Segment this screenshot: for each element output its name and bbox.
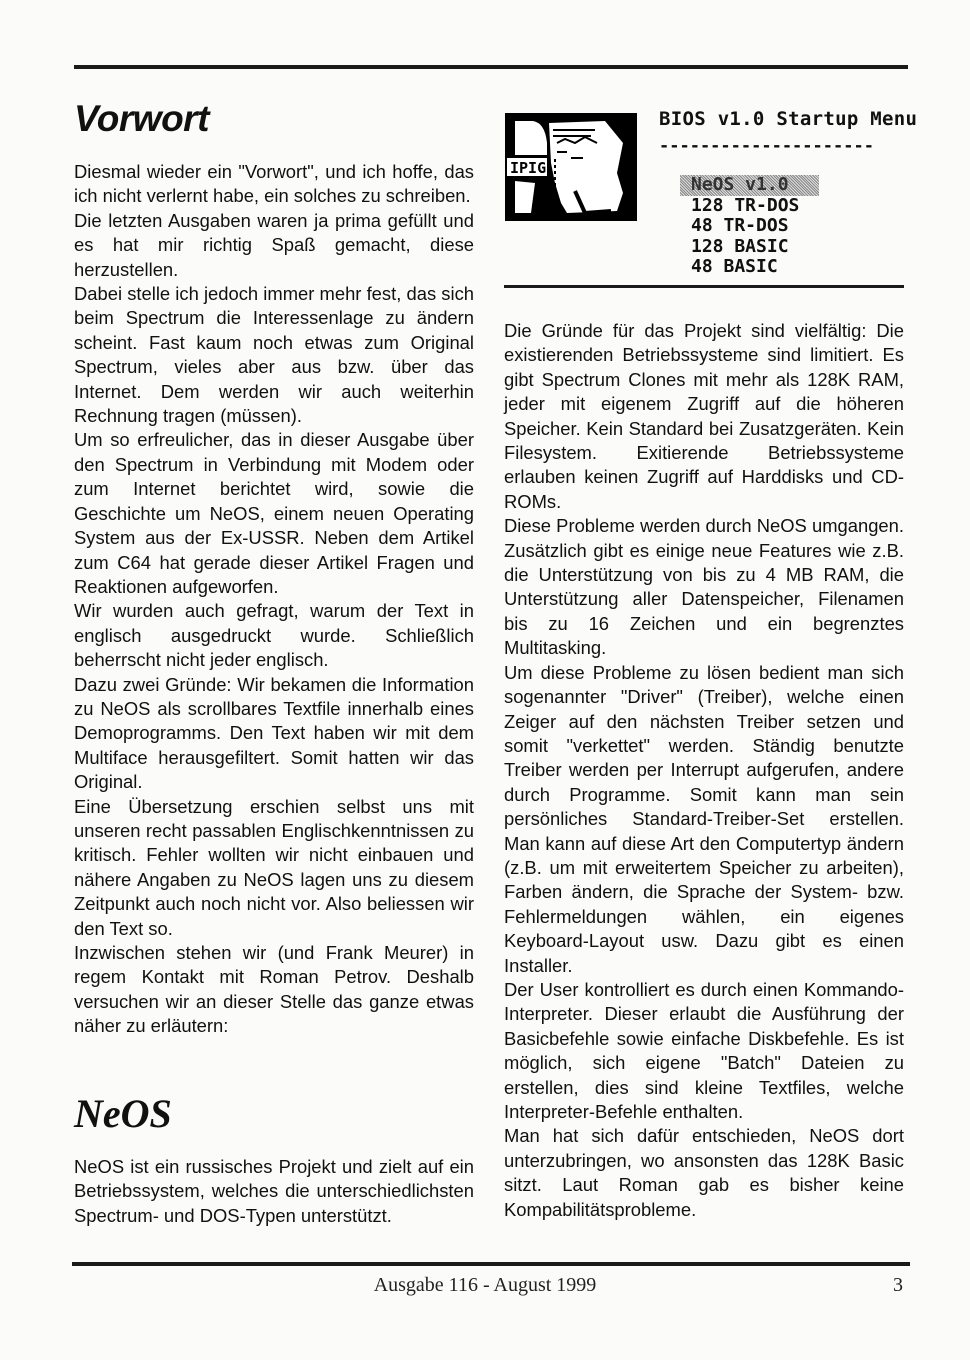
paragraph: Diesmal wieder ein "Vorwort", und ich ho… xyxy=(74,160,474,209)
figure-divider xyxy=(504,285,904,288)
paragraph: Die Gründe für das Projekt sind vielfält… xyxy=(504,319,904,514)
section-title-neos: NeOS xyxy=(74,1090,172,1137)
paragraph: Dazu zwei Gründe: Wir bekamen die Inform… xyxy=(74,673,474,795)
paragraph: NeOS ist ein russisches Projekt und ziel… xyxy=(74,1155,474,1228)
bios-logo-icon: IPIG xyxy=(505,113,637,221)
page-title: Vorwort xyxy=(74,98,209,140)
paragraph: Diese Probleme werden durch NeOS umgange… xyxy=(504,514,904,660)
paragraph: Dabei stelle ich jedoch immer mehr fest,… xyxy=(74,282,474,428)
bios-menu-item-neos: NeOS v1.0 xyxy=(680,175,819,196)
paragraph: Man hat sich dafür entschieden, NeOS dor… xyxy=(504,1124,904,1222)
top-rule xyxy=(74,65,908,69)
svg-text:IPIG: IPIG xyxy=(510,159,546,177)
paragraph: Der User kontrolliert es durch einen Kom… xyxy=(504,978,904,1124)
bios-menu-item-48-trdos: 48 TR-DOS xyxy=(680,216,819,237)
paragraph: Eine Übersetzung erschien selbst uns mit… xyxy=(74,795,474,941)
bios-title-underline: --------------------- xyxy=(659,136,874,156)
footer-issue: Ausgabe 116 - August 1999 xyxy=(0,1274,970,1297)
paragraph: Wir wurden auch gefragt, warum der Text … xyxy=(74,599,474,672)
paragraph: Die letzten Ausgaben waren ja prima gefü… xyxy=(74,209,474,282)
bios-menu-item-128-basic: 128 BASIC xyxy=(680,237,819,258)
bottom-rule xyxy=(72,1262,910,1266)
bios-menu-item-128-trdos: 128 TR-DOS xyxy=(680,196,819,217)
bios-menu-title: BIOS v1.0 Startup Menu xyxy=(659,108,917,130)
paragraph: Um diese Probleme zu lösen bedient man s… xyxy=(504,661,904,978)
paragraph: Inzwischen stehen wir (und Frank Meurer)… xyxy=(74,941,474,1039)
page-number: 3 xyxy=(893,1274,903,1297)
left-column-neos-section: NeOS ist ein russisches Projekt und ziel… xyxy=(74,1155,474,1228)
left-column: Diesmal wieder ein "Vorwort", und ich ho… xyxy=(74,160,474,1039)
paragraph: Um so erfreulicher, das in dieser Ausgab… xyxy=(74,428,474,599)
bios-startup-menu: NeOS v1.0 128 TR-DOS 48 TR-DOS 128 BASIC… xyxy=(680,175,819,278)
bios-menu-item-48-basic: 48 BASIC xyxy=(680,257,819,278)
right-column: Die Gründe für das Projekt sind vielfält… xyxy=(504,319,904,1222)
